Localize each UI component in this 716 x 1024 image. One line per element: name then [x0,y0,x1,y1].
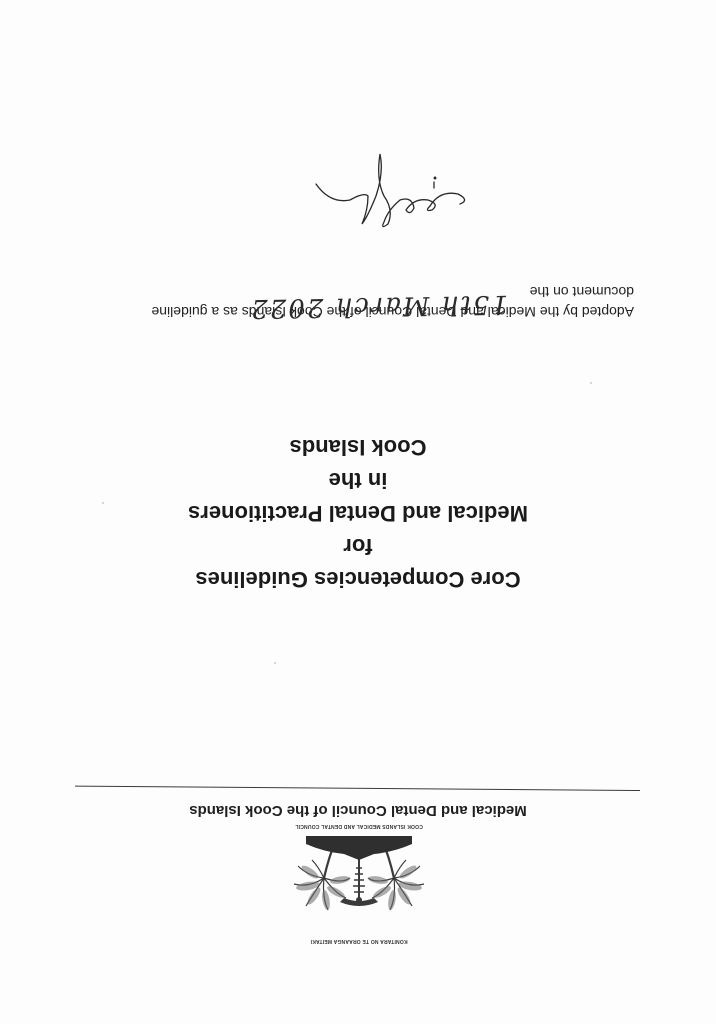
adoption-prefix: document on the [530,284,634,300]
logo-motto: KONITARA NO TE ORAANGA MEITAKI [284,938,434,944]
adoption-statement: Adopted by the Medical and Dental Counci… [74,278,634,322]
council-logo: KONITARA NO TE ORAANGA MEITAKI [284,818,434,946]
council-crest-icon [284,830,434,936]
handwritten-date: 15th March 2022 [249,294,508,319]
organization-name: Medical and Dental Council of the Cook I… [0,802,716,819]
title-line: for [0,530,716,563]
header-divider [75,786,640,791]
document-page: KONITARA NO TE ORAANGA MEITAKI [0,0,716,1024]
adoption-line-2: document on the 15th March 2022 [74,278,634,302]
crest-base-icon [306,836,412,860]
logo-caption: COOK ISLANDS MEDICAL AND DENTAL COUNCIL [284,823,434,829]
title-line: Cook Islands [0,431,716,464]
document-title: Core Competencies Guidelines for Medical… [0,431,716,596]
title-line: Medical and Dental Practitioners [0,497,716,530]
title-line: in the [0,464,716,497]
handwritten-signature-icon [300,140,480,240]
scan-speck [274,662,276,664]
scan-speck [102,502,104,504]
scan-speck [590,382,592,384]
title-line: Core Competencies Guidelines [0,563,716,596]
